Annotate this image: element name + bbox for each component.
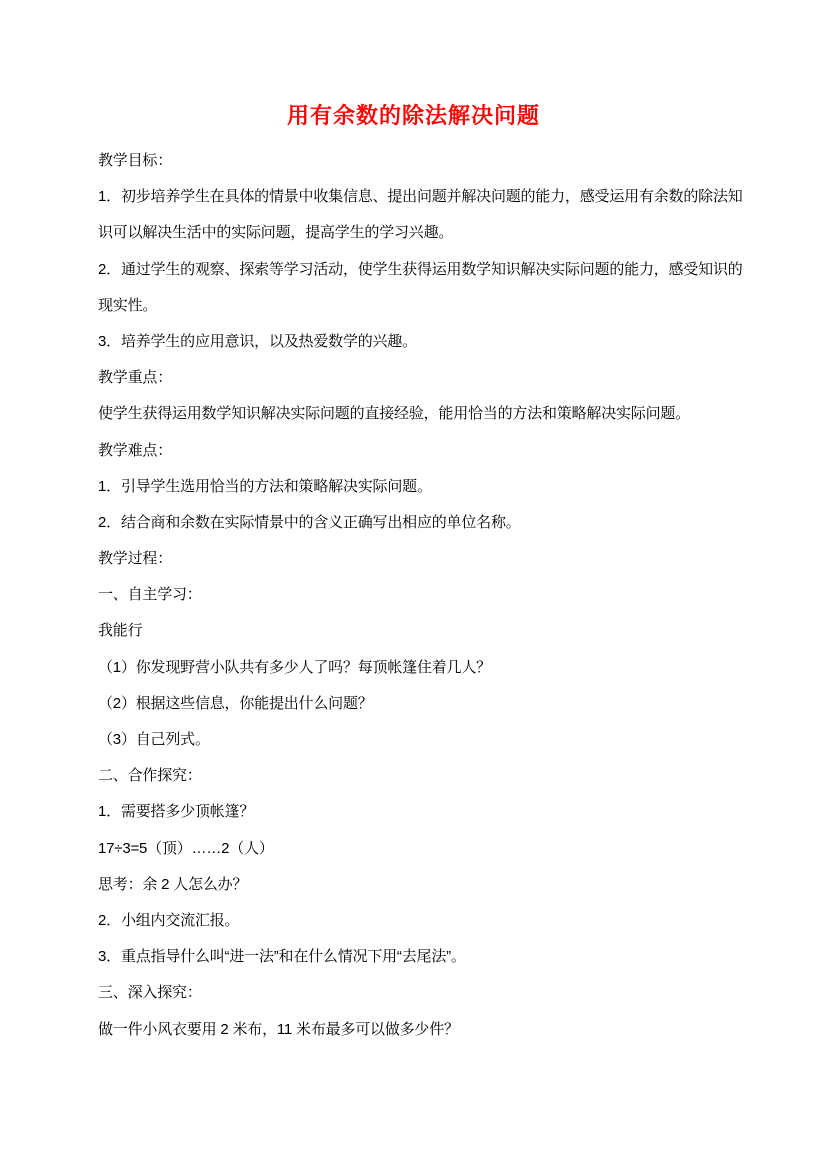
text-line: 我能行 — [98, 613, 767, 649]
text-line: 1．初步培养学生在具体的情景中收集信息、提出问题并解决问题的能力，感受运用有余数… — [98, 179, 767, 215]
text-line: 教学难点： — [98, 433, 767, 469]
text-line: 3．重点指导什么叫“进一法”和在什么情况下用“去尾法”。 — [98, 939, 767, 975]
text-line: 教学重点： — [98, 360, 767, 396]
text-line: （2）根据这些信息，你能提出什么问题？ — [98, 686, 767, 722]
text-line: 1．需要搭多少顶帐篷？ — [98, 794, 767, 830]
text-line: 1．引导学生选用恰当的方法和策略解决实际问题。 — [98, 469, 767, 505]
text-line: 做一件小风衣要用 2 米布，11 米布最多可以做多少件？ — [98, 1012, 767, 1048]
text-line: 2．小组内交流汇报。 — [98, 903, 767, 939]
text-line: 2．通过学生的观察、探索等学习活动，使学生获得运用数学知识解决实际问题的能力，感… — [98, 252, 767, 288]
text-line: （1）你发现野营小队共有多少人了吗？每顶帐篷住着几人？ — [98, 650, 767, 686]
text-line: 教学过程： — [98, 541, 767, 577]
text-line: 2．结合商和余数在实际情景中的含义正确写出相应的单位名称。 — [98, 505, 767, 541]
text-line: 识可以解决生活中的实际问题，提高学生的学习兴趣。 — [98, 215, 767, 251]
text-line: 三、深入探究： — [98, 975, 767, 1011]
text-line: 17÷3=5（顶）……2（人） — [98, 831, 767, 867]
document-page: 用有余数的除法解决问题 教学目标：1．初步培养学生在具体的情景中收集信息、提出问… — [0, 0, 827, 1170]
text-line: 3．培养学生的应用意识，以及热爱数学的兴趣。 — [98, 324, 767, 360]
text-line: 二、合作探究： — [98, 758, 767, 794]
text-line: 教学目标： — [98, 143, 767, 179]
text-line: 现实性。 — [98, 288, 767, 324]
text-line: 使学生获得运用数学知识解决实际问题的直接经验，能用恰当的方法和策略解决实际问题。 — [98, 396, 767, 432]
document-body: 教学目标：1．初步培养学生在具体的情景中收集信息、提出问题并解决问题的能力，感受… — [98, 143, 767, 1048]
document-title: 用有余数的除法解决问题 — [0, 103, 827, 129]
text-line: 一、自主学习： — [98, 577, 767, 613]
text-line: 思考：余 2 人怎么办？ — [98, 867, 767, 903]
text-line: （3）自己列式。 — [98, 722, 767, 758]
